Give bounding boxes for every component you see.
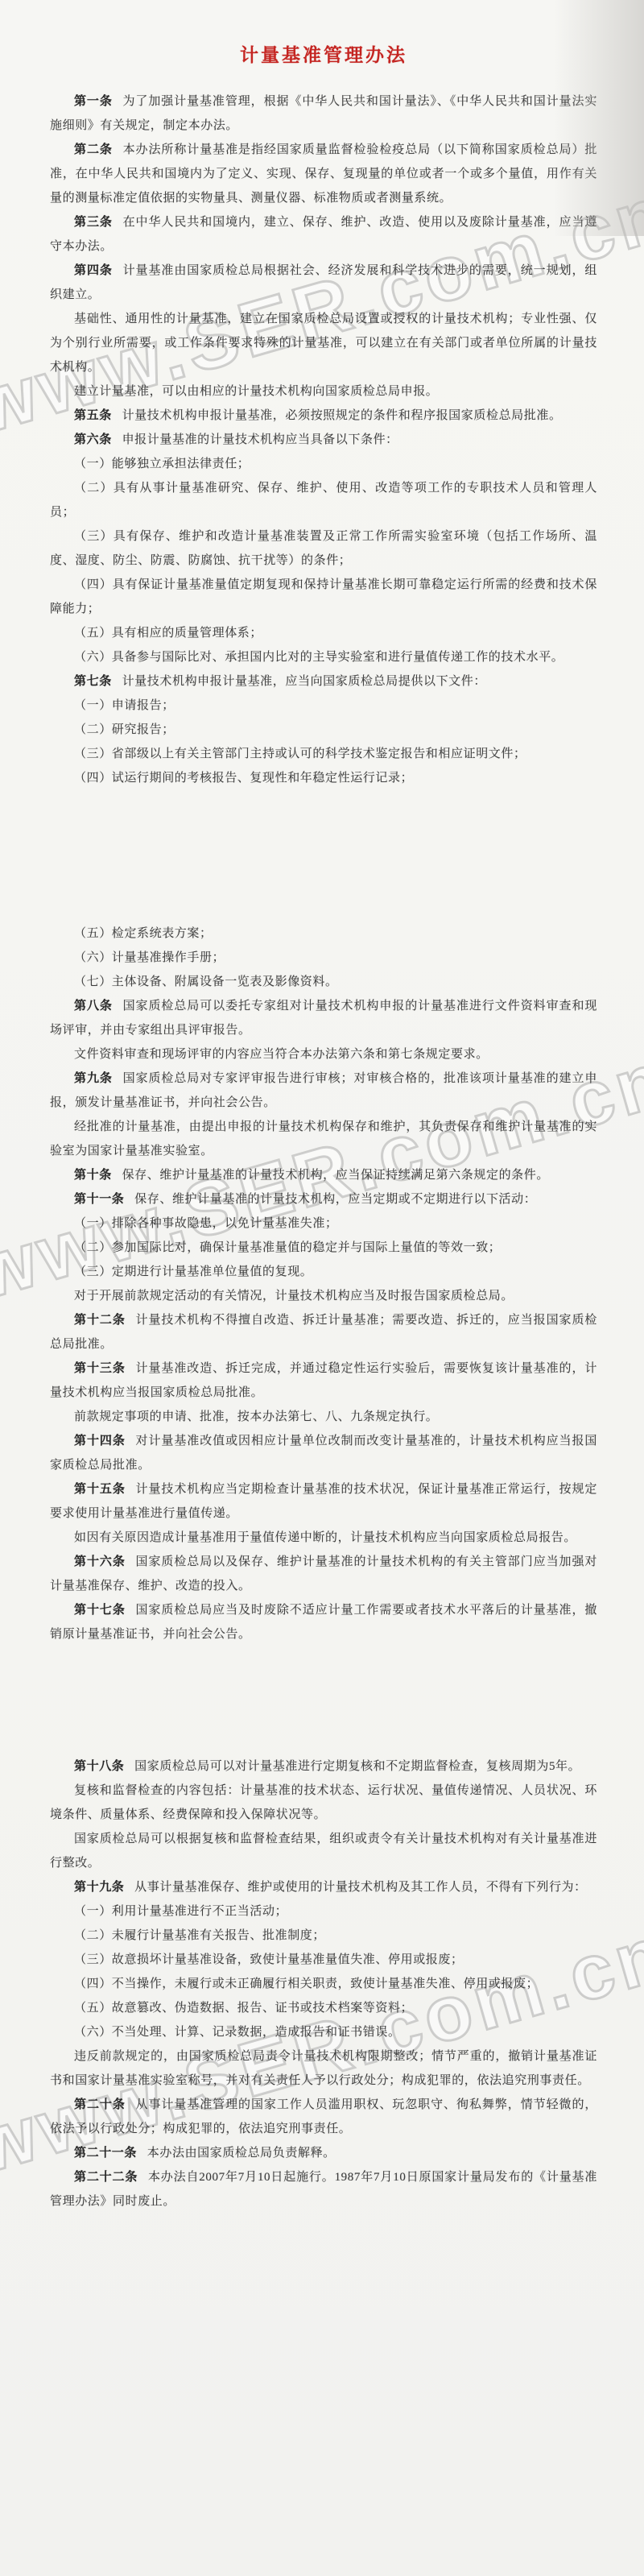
article-paragraph: 第二条本办法所称计量基准是指经国家质量监督检验检疫总局（以下简称国家质检总局）批… — [50, 138, 597, 210]
article-paragraph: 第二十二条本办法自2007年7月10日起施行。1987年7月10日原国家计量局发… — [50, 2165, 597, 2214]
article-paragraph: 第十一条保存、维护计量基准的计量技术机构，应当定期或不定期进行以下活动： — [50, 1187, 597, 1211]
body-paragraph: （五）检定系统表方案； — [50, 921, 597, 946]
body-paragraph: 前款规定事项的申请、批准，按本办法第七、八、九条规定执行。 — [50, 1405, 597, 1429]
article-paragraph: 第五条计量技术机构申报计量基准，必须按照规定的条件和程序报国家质检总局批准。 — [50, 404, 597, 428]
article-number: 第二条 — [74, 143, 113, 156]
article-number: 第十七条 — [74, 1604, 126, 1617]
article-number: 第十八条 — [74, 1760, 124, 1773]
article-number: 第九条 — [74, 1072, 113, 1085]
body-paragraph: 经批准的计量基准，由提出申报的计量技术机构保存和维护，其负责保存和维护计量基准的… — [50, 1115, 597, 1163]
article-paragraph: 第一条为了加强计量基准管理，根据《中华人民共和国计量法》、《中华人民共和国计量法… — [50, 89, 597, 138]
article-paragraph: 第六条申报计量基准的计量技术机构应当具备以下条件： — [50, 428, 597, 452]
body-paragraph: （三）具有保存、维护和改造计量基准装置及正常工作所需实验室环境（包括工作场所、温… — [50, 524, 597, 573]
body-paragraph: 对于开展前款规定活动的有关情况，计量技术机构应当及时报告国家质检总局。 — [50, 1284, 597, 1308]
body-paragraph: 建立计量基准，可以由相应的计量技术机构向国家质检总局申报。 — [50, 379, 597, 404]
body-paragraph: （六）不当处理、计算、记录数据，造成报告和证书错误。 — [50, 2020, 597, 2044]
article-paragraph: 第十五条计量技术机构应当定期检查计量基准的技术状况，保证计量基准正常运行，按规定… — [50, 1477, 597, 1526]
scan-edge-shadow — [554, 0, 644, 236]
article-number: 第二十二条 — [74, 2171, 138, 2184]
body-paragraph: （一）能够独立承担法律责任； — [50, 452, 597, 476]
body-paragraph: （二）未履行计量基准有关报告、批准制度； — [50, 1924, 597, 1948]
article-paragraph: 第十三条计量基准改造、拆迁完成，并通过稳定性运行实验后，需要恢复该计量基准的，计… — [50, 1356, 597, 1405]
article-number: 第八条 — [74, 1000, 113, 1013]
document-page: （五）检定系统表方案；（六）计量基准操作手册；（七）主体设备、附属设备一览表及影… — [50, 921, 597, 1646]
document-title: 计量基准管理办法 — [50, 40, 597, 67]
document-page: 第一条为了加强计量基准管理，根据《中华人民共和国计量法》、《中华人民共和国计量法… — [50, 89, 597, 790]
body-paragraph: （四）不当操作，未履行或未正确履行相关职责，致使计量基准失准、停用或报废； — [50, 1972, 597, 1996]
document-body: 计量基准管理办法 第一条为了加强计量基准管理，根据《中华人民共和国计量法》、《中… — [50, 0, 597, 2214]
article-paragraph: 第十八条国家质检总局可以对计量基准进行定期复核和不定期监督检查，复核周期为5年。 — [50, 1754, 597, 1779]
body-paragraph: （二）具有从事计量基准研究、保存、维护、使用、改造等项工作的专职技术人员和管理人… — [50, 476, 597, 524]
document-page: 第十八条国家质检总局可以对计量基准进行定期复核和不定期监督检查，复核周期为5年。… — [50, 1754, 597, 2214]
body-paragraph: （一）利用计量基准进行不正当活动； — [50, 1899, 597, 1924]
body-paragraph: （一）排除各种事故隐患，以免计量基准失准； — [50, 1211, 597, 1236]
article-number: 第六条 — [74, 433, 112, 446]
article-paragraph: 第十二条计量技术机构不得擅自改造、拆迁计量基准；需要改造、拆迁的，应当报国家质检… — [50, 1308, 597, 1356]
body-paragraph: （二）参加国际比对，确保计量基准量值的稳定并与国际上量值的等效一致； — [50, 1236, 597, 1260]
article-paragraph: 第十六条国家质检总局以及保存、维护计量基准的计量技术机构的有关主管部门应当加强对… — [50, 1550, 597, 1598]
body-paragraph: 违反前款规定的，由国家质检总局责令计量技术机构限期整改；情节严重的，撤销计量基准… — [50, 2044, 597, 2093]
article-number: 第十五条 — [74, 1483, 126, 1496]
article-number: 第十九条 — [74, 1881, 124, 1894]
document-pages: 第一条为了加强计量基准管理，根据《中华人民共和国计量法》、《中华人民共和国计量法… — [50, 89, 597, 2214]
body-paragraph: 如因有关原因造成计量基准用于量值传递中断的，计量技术机构应当向国家质检总局报告。 — [50, 1526, 597, 1550]
article-number: 第四条 — [74, 264, 113, 277]
article-number: 第十一条 — [74, 1193, 124, 1206]
body-paragraph: （二）研究报告； — [50, 718, 597, 742]
article-paragraph: 第十四条对计量基准改值或因相应计量单位改制而改变计量基准的，计量技术机构应当报国… — [50, 1429, 597, 1477]
body-paragraph: （七）主体设备、附属设备一览表及影像资料。 — [50, 970, 597, 994]
article-number: 第一条 — [74, 95, 113, 108]
article-paragraph: 第十九条从事计量基准保存、维护或使用的计量技术机构及其工作人员，不得有下列行为： — [50, 1875, 597, 1899]
article-paragraph: 第二十条从事计量基准管理的国家工作人员滥用职权、玩忽职守、徇私舞弊，情节轻微的，… — [50, 2093, 597, 2141]
body-paragraph: （四）试运行期间的考核报告、复现性和年稳定性运行记录； — [50, 766, 597, 790]
article-paragraph: 第四条计量基准由国家质检总局根据社会、经济发展和科学技术进步的需要，统一规划，组… — [50, 259, 597, 307]
body-paragraph: （一）申请报告； — [50, 694, 597, 718]
article-paragraph: 第七条计量技术机构申报计量基准，应当向国家质检总局提供以下文件： — [50, 669, 597, 694]
article-number: 第二十条 — [74, 2098, 126, 2111]
article-paragraph: 第十条保存、维护计量基准的计量技术机构，应当保证持续满足第六条规定的条件。 — [50, 1163, 597, 1187]
body-paragraph: （五）故意篡改、伪造数据、报告、证书或技术档案等资料； — [50, 1996, 597, 2020]
body-paragraph: 复核和监督检查的内容包括：计量基准的技术状态、运行状况、量值传递情况、人员状况、… — [50, 1779, 597, 1827]
article-number: 第三条 — [74, 216, 113, 229]
body-paragraph: 文件资料审查和现场评审的内容应当符合本办法第六条和第七条规定要求。 — [50, 1042, 597, 1066]
body-paragraph: （五）具有相应的质量管理体系； — [50, 621, 597, 645]
article-number: 第十三条 — [74, 1362, 126, 1375]
article-number: 第二十一条 — [74, 2147, 137, 2160]
body-paragraph: （三）定期进行计量基准单位量值的复现。 — [50, 1260, 597, 1284]
body-paragraph: 国家质检总局可以根据复核和监督检查结果，组织或责令有关计量技术机构对有关计量基准… — [50, 1827, 597, 1875]
article-paragraph: 第九条国家质检总局对专家评审报告进行审核；对审核合格的，批准该项计量基准的建立申… — [50, 1066, 597, 1115]
article-number: 第七条 — [74, 675, 112, 688]
article-number: 第十四条 — [74, 1435, 126, 1447]
article-number: 第十二条 — [74, 1314, 126, 1327]
body-paragraph: 基础性、通用性的计量基准，建立在国家质检总局设置或授权的计量技术机构；专业性强、… — [50, 307, 597, 379]
article-number: 第五条 — [74, 409, 112, 422]
article-paragraph: 第二十一条本办法由国家质检总局负责解释。 — [50, 2141, 597, 2165]
article-number: 第十六条 — [74, 1555, 126, 1568]
article-number: 第十条 — [74, 1169, 112, 1182]
article-paragraph: 第十七条国家质检总局应当及时废除不适应计量工作需要或者技术水平落后的计量基准，撤… — [50, 1598, 597, 1646]
body-paragraph: （三）故意损坏计量基准设备，致使计量基准量值失准、停用或报废； — [50, 1948, 597, 1972]
body-paragraph: （六）计量基准操作手册； — [50, 946, 597, 970]
body-paragraph: （六）具备参与国际比对、承担国内比对的主导实验室和进行量值传递工作的技术水平。 — [50, 645, 597, 669]
article-paragraph: 第三条在中华人民共和国境内，建立、保存、维护、改造、使用以及废除计量基准，应当遵… — [50, 210, 597, 259]
article-paragraph: 第八条国家质检总局可以委托专家组对计量技术机构申报的计量基准进行文件资料审查和现… — [50, 994, 597, 1042]
body-paragraph: （三）省部级以上有关主管部门主持或认可的科学技术鉴定报告和相应证明文件； — [50, 742, 597, 766]
body-paragraph: （四）具有保证计量基准量值定期复现和保持计量基准长期可靠稳定运行所需的经费和技术… — [50, 573, 597, 621]
